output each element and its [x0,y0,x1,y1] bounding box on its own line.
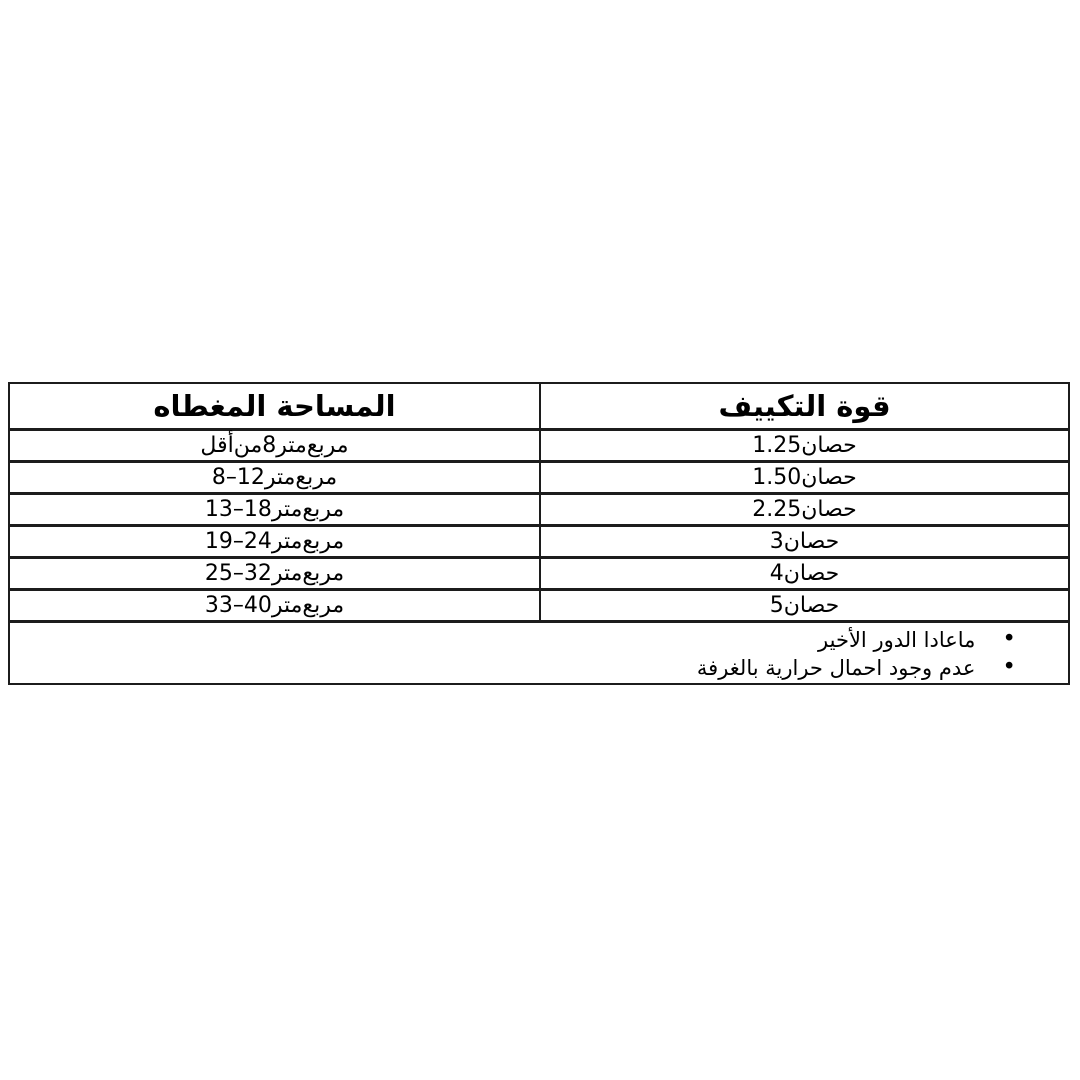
area-cell: أقل من 8 متر مربع [10,431,541,460]
area-cell: 19 – 24 متر مربع [10,527,541,556]
page: المساحة المغطاه قوة التكييف أقل من 8 متر… [0,0,1080,1080]
power-cell: 3 حصان [541,527,1068,556]
table-header-row: المساحة المغطاه قوة التكييف [10,384,1068,428]
note-item: • ماعادا الدور الأخير [10,626,1016,654]
table-notes-row: • ماعادا الدور الأخير • عدم وجود احمال ح… [10,620,1068,683]
area-cell: 33 – 40 متر مربع [10,591,541,620]
header-ac-power: قوة التكييف [541,384,1068,428]
area-cell: 8 – 12 متر مربع [10,463,541,492]
table-row: 8 – 12 متر مربع 1.50 حصان [10,460,1068,492]
power-cell: 4 حصان [541,559,1068,588]
table-row: 13 – 18 متر مربع 2.25 حصان [10,492,1068,524]
power-cell: 2.25 حصان [541,495,1068,524]
header-covered-area: المساحة المغطاه [10,384,541,428]
notes-cell: • ماعادا الدور الأخير • عدم وجود احمال ح… [10,623,1068,683]
note-text: عدم وجود احمال حرارية بالغرفة [697,656,976,680]
area-cell: 13 – 18 متر مربع [10,495,541,524]
table-row: 33 – 40 متر مربع 5 حصان [10,588,1068,620]
ac-capacity-table: المساحة المغطاه قوة التكييف أقل من 8 متر… [8,382,1070,685]
bullet-icon: • [1002,656,1016,679]
note-text: ماعادا الدور الأخير [818,628,975,652]
area-cell: 25 – 32 متر مربع [10,559,541,588]
note-item: • عدم وجود احمال حرارية بالغرفة [10,654,1016,682]
table-row: 25 – 32 متر مربع 4 حصان [10,556,1068,588]
table-row: 19 – 24 متر مربع 3 حصان [10,524,1068,556]
bullet-icon: • [1002,628,1016,651]
power-cell: 1.25 حصان [541,431,1068,460]
table-row: أقل من 8 متر مربع 1.25 حصان [10,428,1068,460]
power-cell: 5 حصان [541,591,1068,620]
power-cell: 1.50 حصان [541,463,1068,492]
